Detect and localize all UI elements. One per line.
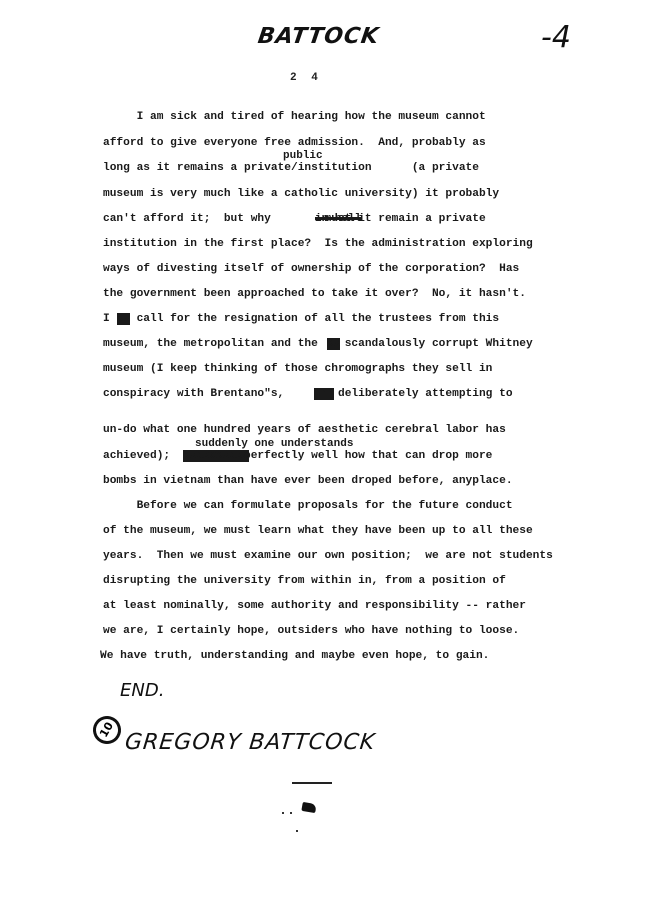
text-line: can't afford it; but why must it remain … xyxy=(103,213,486,225)
ink-speck xyxy=(290,812,292,814)
text-line: un-do what one hundred years of aestheti… xyxy=(103,424,506,436)
struck-text-in-hell: in hell xyxy=(315,213,361,225)
text-line: years. Then we must examine our own posi… xyxy=(103,550,553,562)
text-line: afford to give everyone free admission. … xyxy=(103,137,486,149)
struck-text-long: xxxxxxxxxx xyxy=(183,450,249,462)
text-line: I am sick and tired of hearing how the m… xyxy=(103,111,486,123)
text-line: museum, the metropolitan and the scandal… xyxy=(103,338,533,350)
text-line: of the museum, we must learn what they h… xyxy=(103,525,533,537)
handwritten-end-note: END. xyxy=(120,680,164,701)
document-page: BATTOCK -4 2 4 I am sick and tired of he… xyxy=(0,0,650,900)
text-line: we are, I certainly hope, outsiders who … xyxy=(103,625,519,637)
text-line: conspiracy with Brentano"s, -- deliberat… xyxy=(103,388,513,400)
text-line: disrupting the university from within in… xyxy=(103,575,506,587)
text-line: ways of divesting itself of ownership of… xyxy=(103,263,519,275)
text-line: achieved); /perfectly well how that can … xyxy=(103,450,492,462)
text-line: museum is very much like a catholic univ… xyxy=(103,188,499,200)
text-line: bombs in vietnam than have ever been dro… xyxy=(103,475,513,487)
struck-text-xx-2: xx xyxy=(327,338,340,350)
circled-number: 10 xyxy=(88,711,126,749)
handwritten-header-name: BATTOCK xyxy=(256,24,381,49)
text-line: the government been approached to take i… xyxy=(103,288,526,300)
handwritten-signature: GREGORY BATTCOCK xyxy=(124,730,377,755)
handwritten-page-number: -4 xyxy=(541,20,571,55)
text-line: museum (I keep thinking of those chromog… xyxy=(103,363,492,375)
horizontal-rule-mark xyxy=(292,782,332,784)
ink-blot-mark xyxy=(301,802,316,813)
interlinear-insert-suddenly: suddenly one understands xyxy=(195,438,353,450)
ink-speck xyxy=(296,830,298,832)
typed-page-number: 2 4 xyxy=(290,72,322,84)
struck-text-xx-1: xx xyxy=(117,313,130,325)
ink-speck xyxy=(282,812,284,814)
text-line: at least nominally, some authority and r… xyxy=(103,600,526,612)
text-line: institution in the first place? Is the a… xyxy=(103,238,533,250)
interlinear-insert-public: public xyxy=(283,150,323,162)
text-line: I call for the resignation of all the tr… xyxy=(103,313,499,325)
text-line: Before we can formulate proposals for th… xyxy=(103,500,513,512)
text-line: long as it remains a private/institution… xyxy=(103,162,479,174)
text-line: We have truth, understanding and maybe e… xyxy=(100,650,489,662)
struck-text-thr: thr xyxy=(314,388,334,400)
